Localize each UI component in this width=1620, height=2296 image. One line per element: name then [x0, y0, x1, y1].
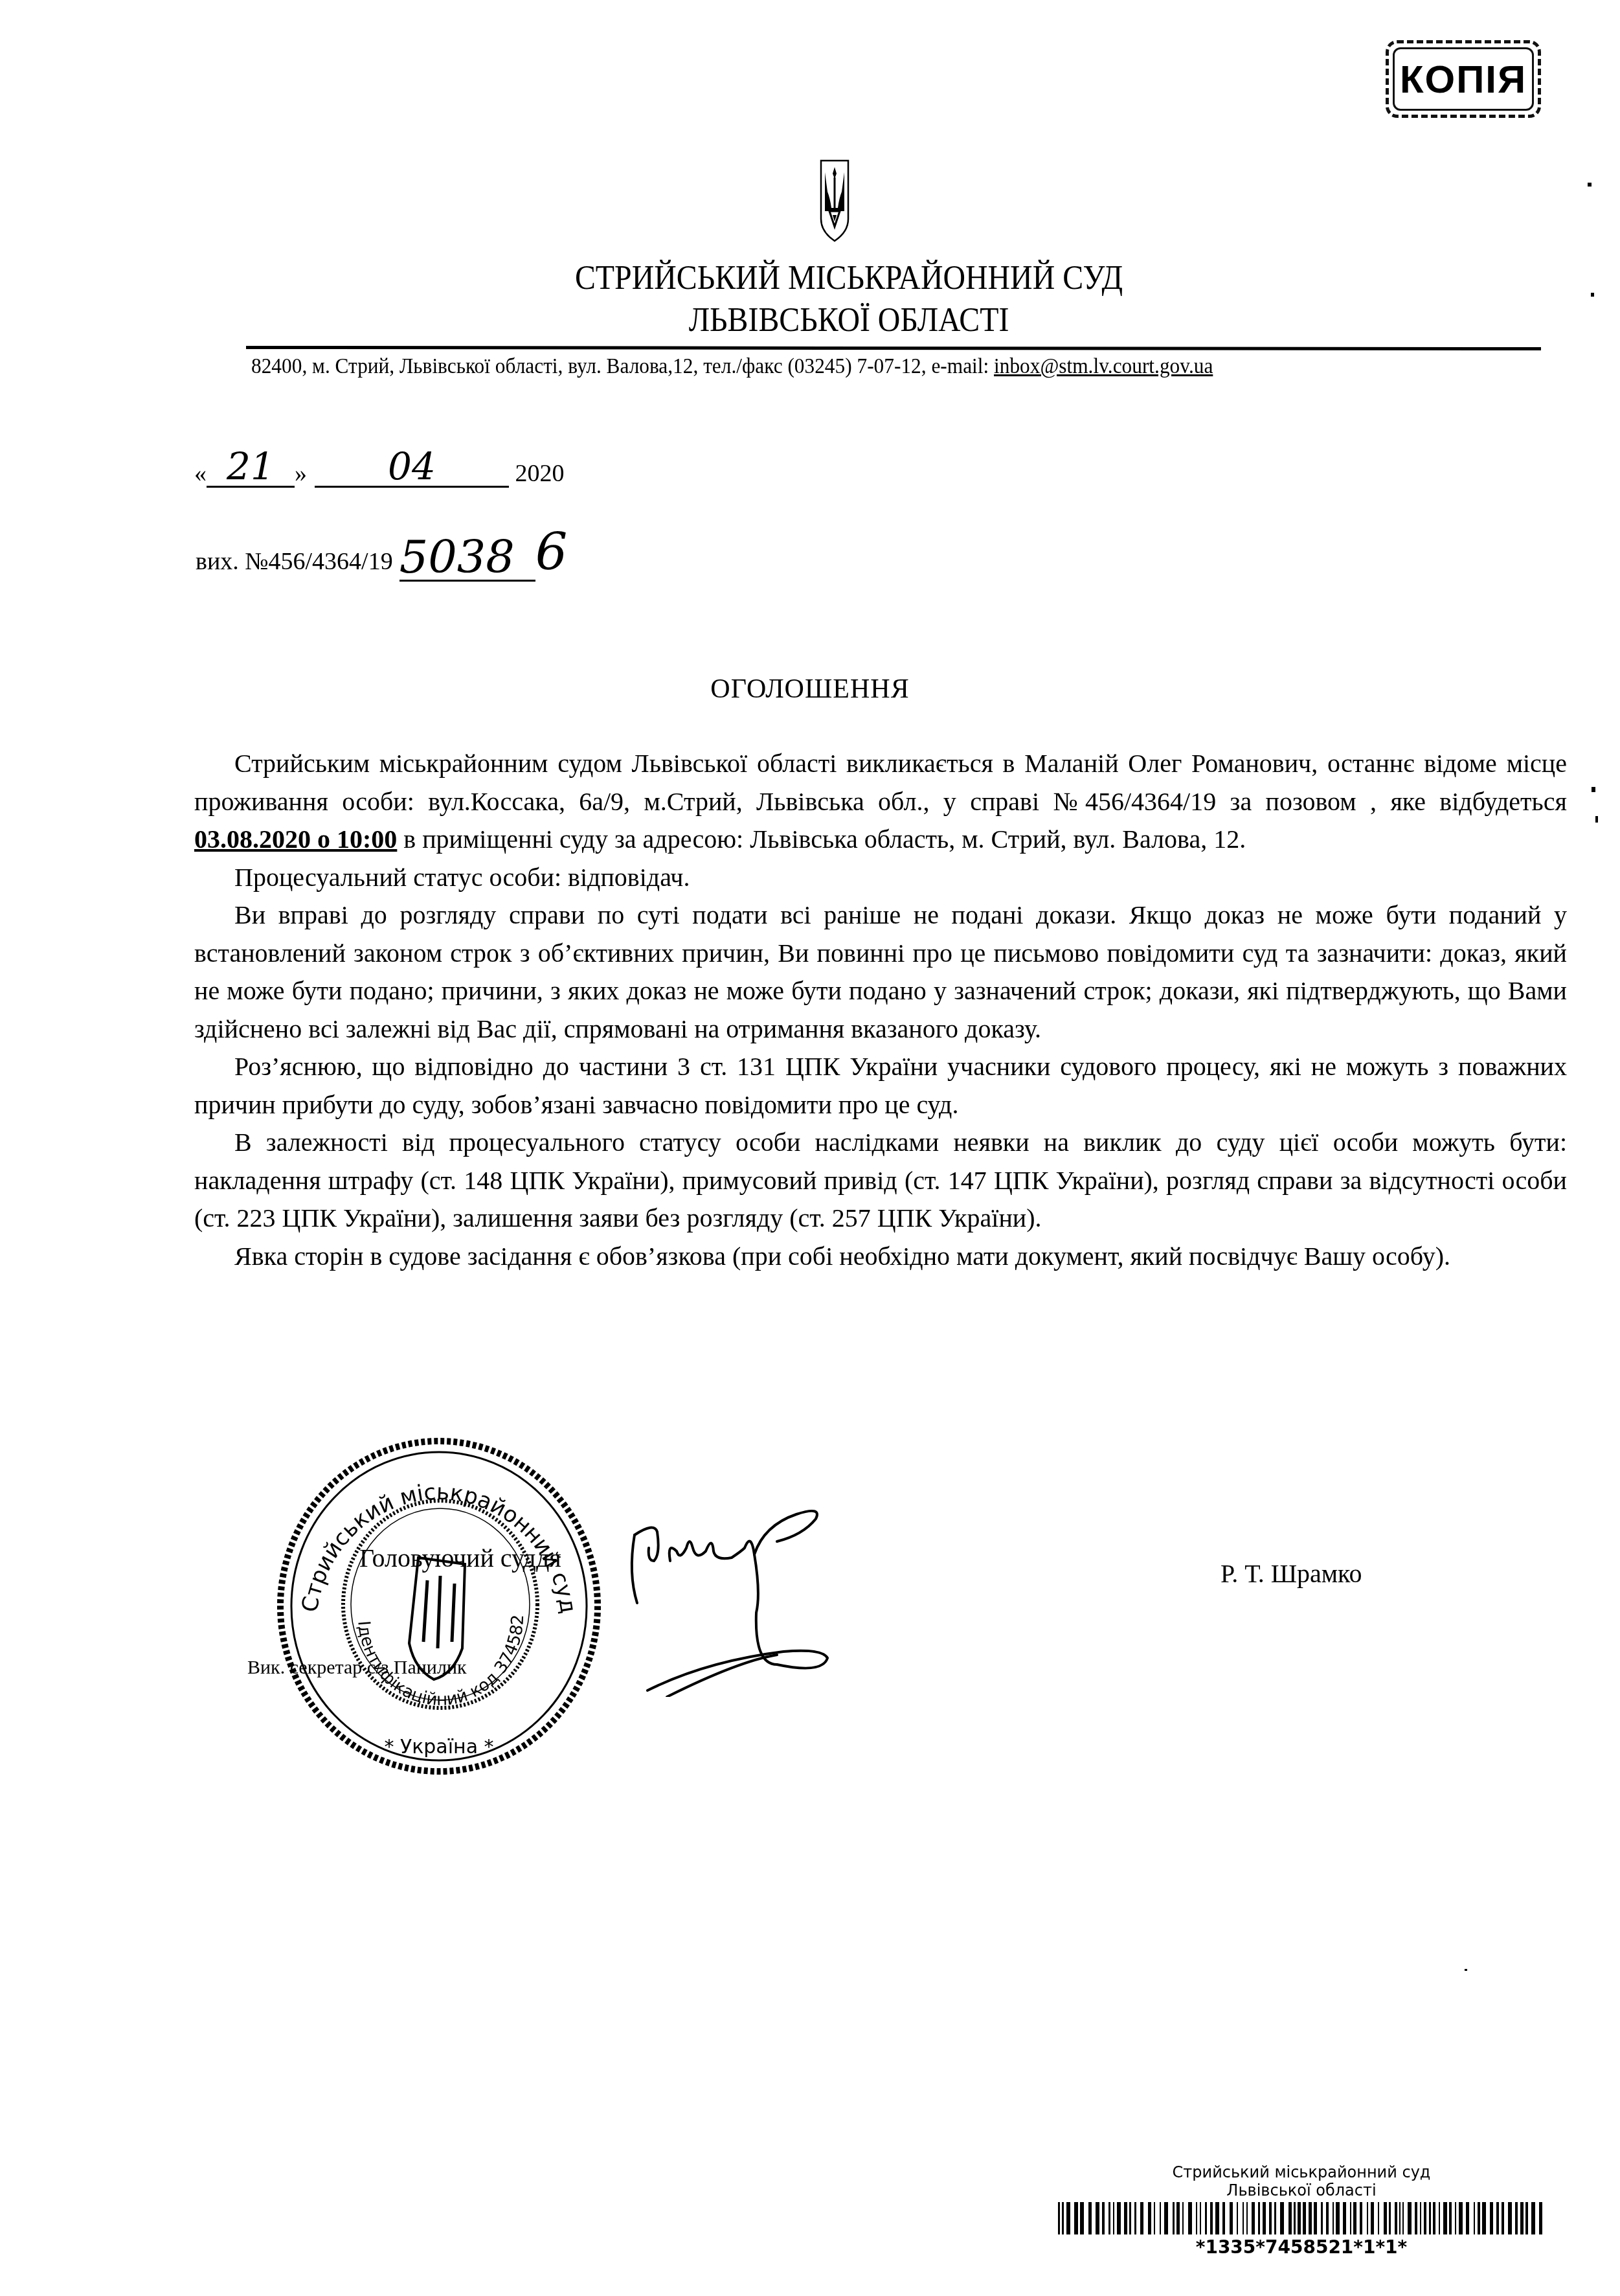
close-quote: » — [295, 460, 307, 487]
executor-secretary: Вик. секретар с/з Панилик — [247, 1657, 467, 1679]
barcode-org-line1: Стрийський міськрайонний суд — [1049, 2163, 1554, 2181]
date-month-handwritten: 04 — [315, 447, 509, 488]
document-title: ОГОЛОШЕННЯ — [0, 674, 1620, 705]
court-address-text: 82400, м. Стрий, Львівської області, вул… — [251, 355, 994, 378]
outgoing-number-handwritten: 5038 — [399, 534, 535, 582]
scan-speck — [1465, 1969, 1467, 1971]
court-seal-icon: Стрийський міськрайонний суд Львівської … — [271, 1435, 607, 1778]
trident-emblem-icon — [820, 159, 849, 242]
scan-speck — [1588, 183, 1592, 187]
paragraph-explanation: Роз’яснюю, що відповідно до частини 3 ст… — [194, 1048, 1567, 1124]
outgoing-number-prefix: вих. №456/4364/19 — [196, 548, 393, 575]
presiding-judge-label: Головуючий суддя — [359, 1543, 561, 1573]
paragraph-consequences: В залежності від процесуального статусу … — [194, 1124, 1567, 1238]
registration-date: «21»04 2020 — [194, 447, 565, 488]
paragraph-summons: Стрийським міськрайонним судом Львівсько… — [194, 745, 1567, 859]
barcode-org-line2: Львівської області — [1049, 2181, 1554, 2199]
paragraph-attendance: Явка сторін в судове засідання є обов’яз… — [194, 1238, 1567, 1276]
barcode-number: *1335*7458521*1*1* — [1049, 2236, 1554, 2258]
hearing-datetime: 03.08.2020 о 10:00 — [194, 824, 397, 854]
outgoing-number-handwritten-tail: 6 — [535, 523, 568, 582]
open-quote: « — [194, 460, 207, 487]
paragraph-evidence: Ви вправі до розгляду справи по суті под… — [194, 896, 1567, 1048]
date-day-handwritten: 21 — [207, 447, 295, 488]
court-name-line2: ЛЬВІВСЬКОЇ ОБЛАСТІ — [104, 301, 1594, 339]
svg-text:* Україна *: * Україна * — [384, 1736, 493, 1758]
judge-signature-icon — [609, 1496, 1062, 1697]
copy-stamp: КОПІЯ — [1386, 40, 1541, 118]
judge-name: Р. Т. Шрамко — [1221, 1558, 1362, 1589]
scan-speck — [1592, 787, 1595, 792]
scan-speck — [1591, 293, 1594, 297]
outgoing-number: вих. №456/4364/1950386 — [196, 523, 567, 582]
copy-stamp-label: КОПІЯ — [1400, 57, 1527, 102]
paragraph-procedural-status: Процесуальний статус особи: відповідач. — [194, 859, 1567, 897]
scan-speck — [1595, 816, 1598, 823]
summons-text-after: в приміщенні суду за адресою: Львівська … — [397, 824, 1246, 854]
court-email-link[interactable]: inbox@stm.lv.court.gov.ua — [994, 355, 1213, 378]
date-year: 2020 — [515, 460, 565, 487]
header-divider — [246, 346, 1541, 350]
court-address: 82400, м. Стрий, Львівської області, вул… — [251, 355, 1213, 379]
court-name-line1: СТРИЙСЬКИЙ МІСЬКРАЙОННИЙ СУД — [104, 259, 1594, 297]
document-body: Стрийським міськрайонним судом Львівсько… — [194, 745, 1567, 1275]
barcode-bars-icon — [1055, 2202, 1547, 2234]
summons-text-before: Стрийським міськрайонним судом Львівсько… — [194, 749, 1567, 816]
barcode-block: Стрийський міськрайонний суд Львівської … — [1049, 2163, 1554, 2258]
